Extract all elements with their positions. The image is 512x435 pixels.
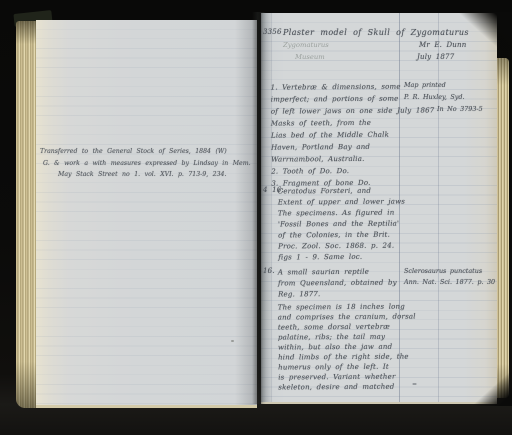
entry-line: of left lower jaws on one side July 1867 (271, 104, 435, 117)
entry-line: Extent of upper and lower jaws (278, 197, 405, 209)
entry2-text: Ceratodus Forsteri, and Extent of upper … (278, 186, 406, 264)
entry-line: Ceratodus Forsteri, and (278, 186, 405, 198)
pencil-species-note: Zygomaturus (283, 41, 329, 49)
pencil-source-note: Museum (295, 53, 325, 61)
transfer-annotation-line: May Stack Street no 1. vol. XVI. p. 713-… (58, 171, 226, 178)
entry3-description: The specimen is 18 inches long and compr… (278, 302, 417, 393)
entry-title: Plaster model of Skull of Zygomaturus (283, 28, 469, 37)
margin-rule-line (271, 13, 272, 402)
transfer-annotation-line: G. & work a with measures expressed by L… (43, 160, 251, 167)
backdrop-corner-bottom-right (468, 366, 512, 406)
backdrop-corner-top-right (458, 12, 512, 66)
entry-line: figs 1 - 9. Same loc. (278, 252, 405, 264)
entry-line: A small saurian reptile (278, 267, 397, 279)
entry-line: Reg. 1877. (278, 289, 397, 301)
entry3-note: Ann. Nat. Sci. 1877. p. 30 (404, 278, 495, 286)
ink-speck (231, 340, 234, 342)
entry-line: 'Fossil Bones and the Reptilia' (278, 219, 405, 231)
entry1-note: Map printed (404, 81, 446, 89)
entry3-text: A small saurian reptile from Queensland,… (278, 267, 397, 301)
left-page: Transferred to the General Stock of Seri… (36, 20, 257, 408)
entry-line: The specimens. As figured in (278, 208, 405, 220)
book-gutter-shadow (252, 12, 266, 404)
notes-dash-mark: = (412, 381, 417, 388)
entry-line: skeleton, desire and matched (278, 382, 416, 393)
register-book-photo: Transferred to the General Stock of Seri… (0, 0, 512, 435)
page-edges-right (497, 58, 509, 398)
entry1-note: In No 3793-5 (437, 105, 483, 113)
entry-line: is preserved. Variant whether (278, 372, 416, 383)
right-page: 3356 Plaster model of Skull of Zygomatur… (261, 13, 497, 404)
entry-line: hind limbs of the right side, the (278, 352, 416, 363)
acquired-date: July 1877 (417, 53, 454, 61)
entry-line: of the Colonies, in the Brit. (278, 230, 405, 242)
entry-line: and comprises the cranium, dorsal (278, 312, 416, 323)
outer-column-rule-line (438, 13, 439, 402)
entry3-note: Sclerosaurus punctatus (404, 267, 482, 275)
transfer-annotation-line: Transferred to the General Stock of Seri… (40, 148, 227, 155)
page-edges-left (16, 21, 37, 408)
entry-line: from Queensland, obtained by (278, 278, 397, 290)
entry1-note: P. R. Huxley, Syd. (404, 93, 465, 101)
entry-line: Proc. Zool. Soc. 1868. p. 24. (278, 241, 405, 253)
